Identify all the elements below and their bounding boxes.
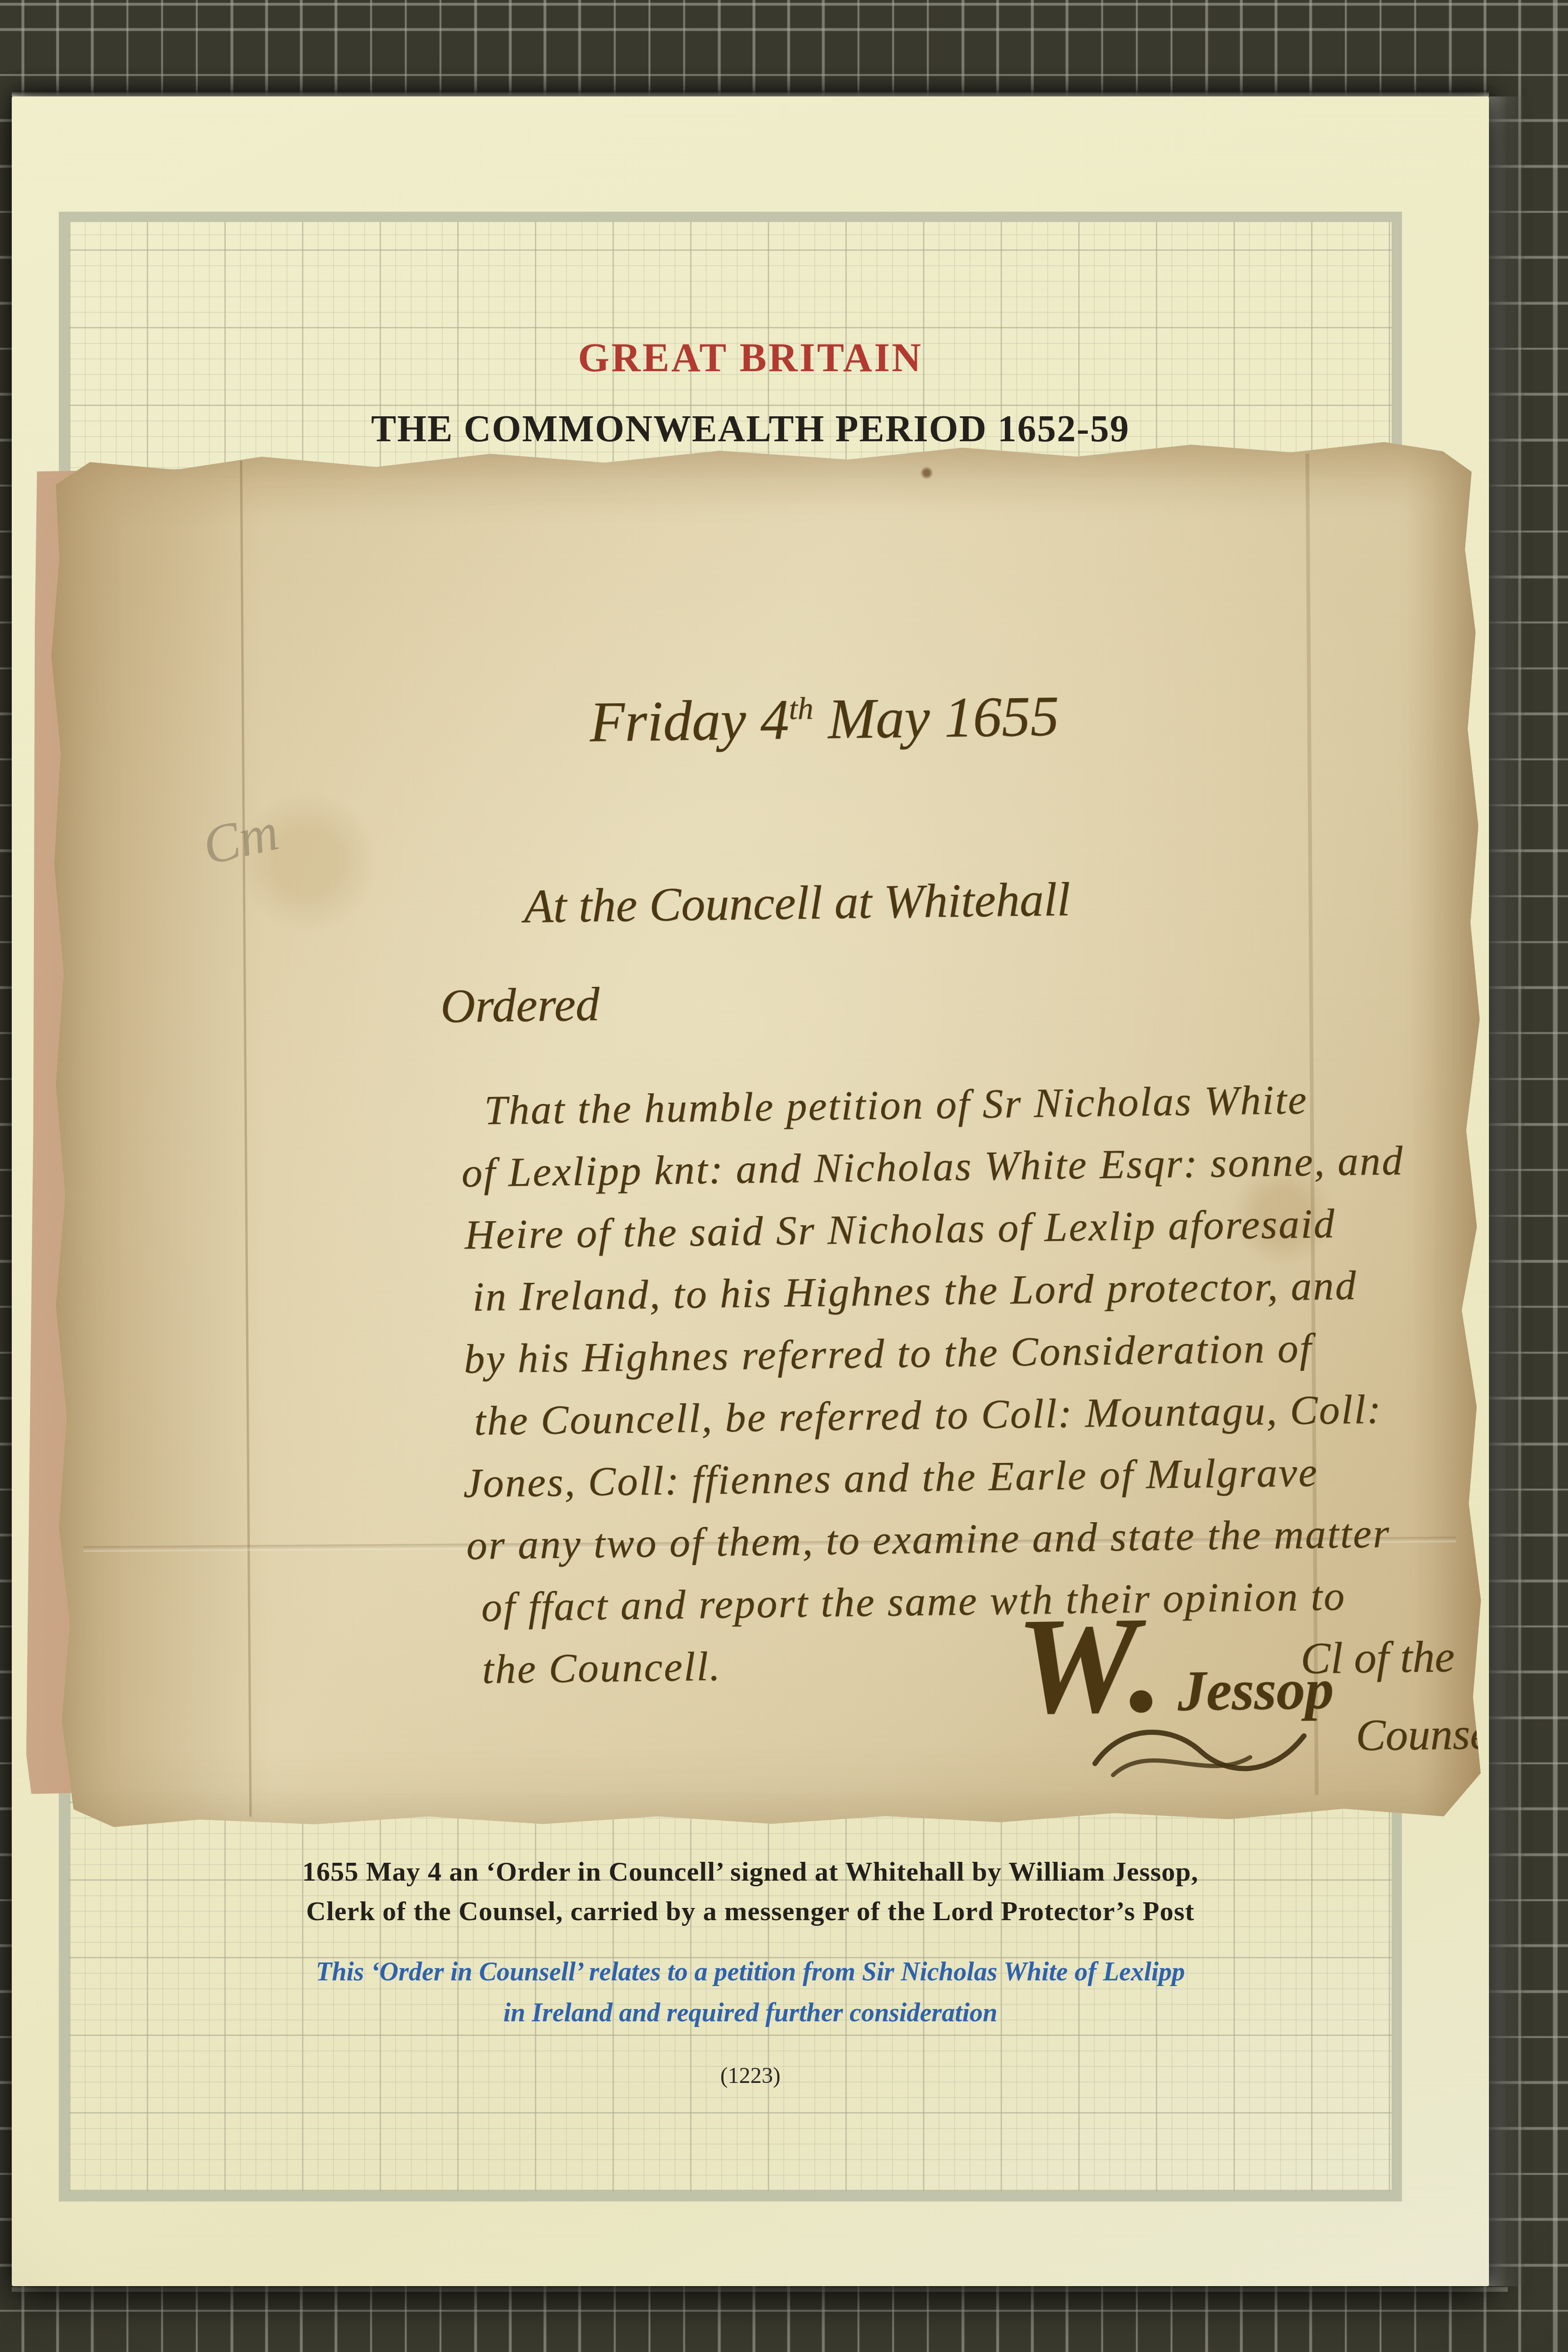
plastic-sleeve-bottom-edge — [12, 2287, 1508, 2292]
page-number: (1223) — [12, 2063, 1489, 2089]
pencil-mark: Cm — [197, 801, 284, 878]
page-title: GREAT BRITAIN — [12, 334, 1489, 381]
date-ordinal-superscript: th — [788, 691, 813, 726]
date-text: Friday 4 — [589, 688, 789, 754]
signature-of-the-text: of the — [1353, 1631, 1455, 1683]
manuscript-body-line: by his Highnes referred to the Considera… — [464, 1328, 1313, 1381]
signature-counsel: Counsel — [1355, 1711, 1503, 1758]
manuscript-body-line: of Lexlipp knt: and Nicholas White Esqr:… — [461, 1140, 1404, 1194]
note-line-2: in Ireland and required further consider… — [12, 1998, 1489, 2028]
signature-flourish — [1085, 1707, 1312, 1785]
album-page: GREAT BRITAIN THE COMMONWEALTH PERIOD 16… — [12, 96, 1489, 2286]
signature-of-the: Cl of the — [1300, 1634, 1455, 1681]
manuscript-body-line: the Councell, be referred to Coll: Mount… — [474, 1389, 1382, 1442]
date-text-year: May 1655 — [813, 684, 1059, 751]
caption-line-2: Clerk of the Counsel, carried by a messe… — [12, 1895, 1489, 1927]
plastic-sleeve-right-edge — [1487, 96, 1524, 2286]
manuscript-body-line: the Councell. — [482, 1646, 721, 1691]
manuscript-body-line: in Ireland, to his Highnes the Lord prot… — [472, 1265, 1358, 1319]
manuscript-place-line: At the Councell at Whitehall — [524, 876, 1071, 931]
manuscript-text-layer: Cm Friday 4th May 1655 At the Councell a… — [43, 434, 1491, 1836]
photo-of-album-page: GREAT BRITAIN THE COMMONWEALTH PERIOD 16… — [0, 0, 1568, 2352]
manuscript-body-line: or any two of them, to examine and state… — [466, 1513, 1391, 1567]
note-line-1: This ‘Order in Counsell’ relates to a pe… — [12, 1957, 1489, 1987]
manuscript-body-line: Heire of the said Sr Nicholas of Lexlip … — [464, 1203, 1336, 1256]
page-subtitle: THE COMMONWEALTH PERIOD 1652-59 — [12, 408, 1489, 451]
manuscript-body-line: Jones, Coll: ffiennes and the Earle of M… — [463, 1452, 1319, 1505]
manuscript-date-line: Friday 4th May 1655 — [589, 688, 1059, 751]
manuscript-ordered-line: Ordered — [440, 981, 600, 1031]
manuscript-body-line: That the humble petition of Sr Nicholas … — [484, 1080, 1308, 1132]
signature-abbrev: Cl — [1300, 1633, 1343, 1683]
manuscript-document: Cm Friday 4th May 1655 At the Councell a… — [47, 438, 1487, 1831]
caption-line-1: 1655 May 4 an ‘Order in Councell’ signed… — [12, 1856, 1489, 1887]
